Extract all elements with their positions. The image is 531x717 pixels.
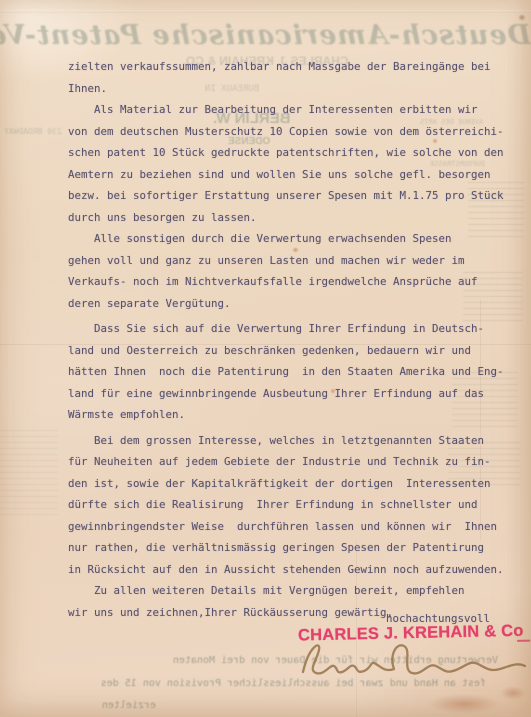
letter-line: durch uns besorgen zu lassen.	[68, 207, 510, 229]
letter-line: land und Oesterreich zu beschränken gede…	[68, 340, 510, 362]
paper-stain	[518, 14, 526, 21]
letter-line: in Rücksicht auf den in Aussicht stehend…	[68, 559, 510, 581]
letter-line: land für eine gewinnbringende Ausbeutung…	[68, 383, 510, 405]
bleedthrough-bottom-line: erzielten	[26, 700, 156, 711]
letter-line: Ihnen.	[68, 78, 510, 100]
letter-line: gehen voll und ganz zu unseren Lasten un…	[68, 250, 510, 272]
letter-line: Zu allen weiteren Details mit Vergnügen …	[68, 580, 510, 602]
letter-line: hätten Ihnen noch die Patentirung in den…	[68, 361, 510, 383]
letter-line: Aemtern zu beziehen sind und wollen Sie …	[68, 164, 510, 186]
letter-line: Alle sonstigen durch die Verwertung erwa…	[68, 228, 510, 250]
letter-line: Wärmste empfohlen.	[68, 404, 510, 426]
letter-page: Deutsch-Americanische Patent-Verwerthung…	[0, 0, 531, 717]
letter-body: zielten verkaufssummen, zahlbar nach Mas…	[68, 56, 510, 623]
bleedthrough-broadway-label: 230 BROADWAY	[4, 127, 62, 136]
letter-line: schen patent 10 Stück gedruckte patentsc…	[68, 142, 510, 164]
paper-crease	[0, 10, 531, 13]
letter-line: den ist, sowie der Kapitalkräftigkeit de…	[68, 473, 510, 495]
letter-line: bezw. bei sofortiger Erstattung unserer …	[68, 185, 510, 207]
bleedthrough-letterhead: Deutsch-Americanische Patent-Verwerthung	[0, 20, 531, 51]
letter-line: gewinnbringendster Weise durchführen las…	[68, 516, 510, 538]
bleedthrough-textblock	[0, 430, 58, 518]
letter-line: nur rathen, die verhältnismässig geringe…	[68, 537, 510, 559]
letter-line: zielten verkaufssummen, zahlbar nach Mas…	[68, 56, 510, 78]
letter-line: Dass Sie sich auf die Verwertung Ihrer E…	[68, 318, 510, 340]
paper-stain	[428, 694, 500, 714]
letter-line: Verkaufs- noch im Nichtverkaufsfalle irg…	[68, 271, 510, 293]
letter-line: dürfte sich die Realisirung Ihrer Erfind…	[68, 494, 510, 516]
paper-stain	[500, 686, 526, 700]
handwritten-signature	[293, 636, 531, 684]
letter-line: von dem deutschen Musterschutz 10 Copien…	[68, 121, 510, 143]
letter-line: Bei dem grossen Interesse, welches in le…	[68, 430, 510, 452]
letter-line: für Neuheiten auf jedem Gebiete der Indu…	[68, 451, 510, 473]
letter-line: Als Material zur Bearbeitung der Interes…	[68, 99, 510, 121]
letter-line: deren separate Vergütung.	[68, 293, 510, 315]
